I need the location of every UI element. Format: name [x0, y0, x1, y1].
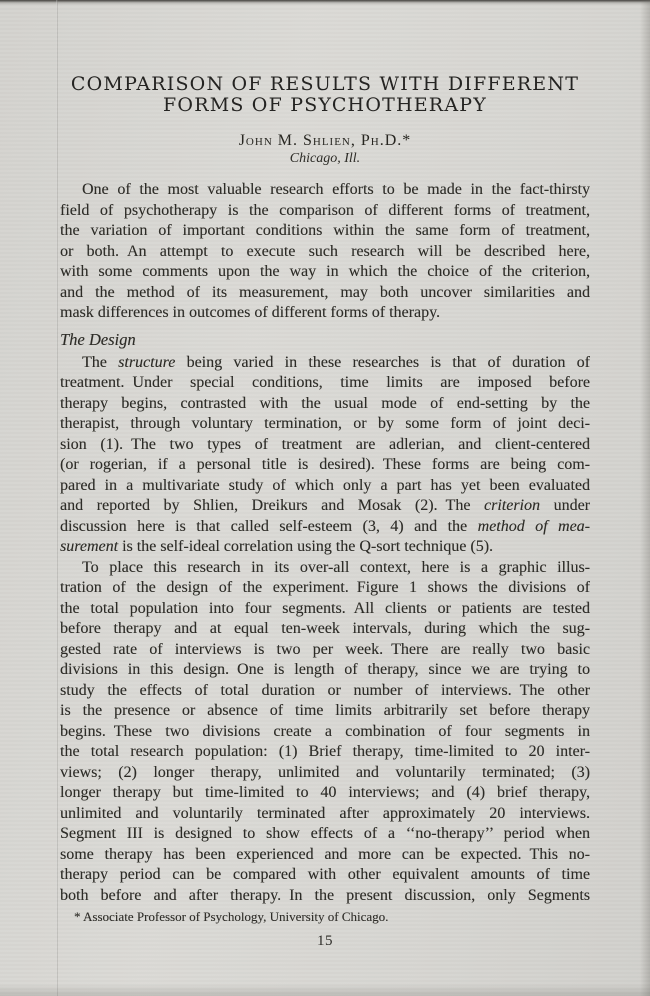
text-segment: field of psychotherapy is the comparison… [60, 202, 590, 219]
text-segment: One of the most valuable research effort… [82, 181, 590, 198]
text-line: divisions in this design. One is length … [60, 660, 590, 681]
text-segment: Segment III is designed to show effects … [60, 825, 590, 842]
text-segment: views; (2) longer therapy, unlimited and… [60, 764, 590, 781]
text-segment: therapy period can be compared with othe… [60, 866, 590, 883]
scanned-page: COMPARISON OF RESULTS WITH DIFFERENT FOR… [0, 0, 650, 996]
text-segment: (or rogerian, if a personal title is des… [60, 456, 590, 473]
text-segment: is the presence or absence of time limit… [60, 702, 590, 719]
text-segment: To place this research in its over-all c… [82, 559, 590, 576]
article-body: One of the most valuable research effort… [60, 180, 590, 906]
text-line: tration of the design of the experiment.… [60, 578, 590, 599]
text-line: the total population into four segments.… [60, 599, 590, 620]
text-line: longer therapy but time-limited to 40 in… [60, 783, 590, 804]
italic-text-segment: surement [60, 538, 118, 555]
text-segment: before therapy and at equal ten-week int… [60, 620, 590, 637]
text-line: or both. An attempt to execute such rese… [60, 242, 590, 263]
text-line: both before and after therapy. In the pr… [60, 886, 590, 907]
text-segment: The [82, 354, 118, 371]
page-crease-line [56, 0, 58, 996]
section-heading: The Design [60, 329, 590, 350]
text-segment: longer therapy but time-limited to 40 in… [60, 784, 590, 801]
text-line: The structure being varied in these rese… [60, 353, 590, 374]
text-line: some therapy has been experienced and mo… [60, 845, 590, 866]
text-line: treatment. Under special conditions, tim… [60, 373, 590, 394]
text-line: pared in a multivariate study of which o… [60, 476, 590, 497]
text-line: One of the most valuable research effort… [60, 180, 590, 201]
article-title-line1: COMPARISON OF RESULTS WITH DIFFERENT [60, 74, 590, 95]
text-line: field of psychotherapy is the comparison… [60, 201, 590, 222]
page-right-edge [640, 0, 650, 996]
text-line: therapist, through voluntary termination… [60, 414, 590, 435]
text-segment: the total population into four segments.… [60, 600, 590, 617]
text-segment: sion (1). The two types of treatment are… [60, 436, 590, 453]
text-segment: study the effects of total duration or n… [60, 682, 590, 699]
text-line: unlimited and voluntarily terminated aft… [60, 804, 590, 825]
text-segment: under [540, 497, 590, 514]
article-title-line2: FORMS OF PSYCHOTHERAPY [60, 95, 590, 116]
text-line: sion (1). The two types of treatment are… [60, 435, 590, 456]
text-segment: some therapy has been experienced and mo… [60, 846, 590, 863]
text-segment: being varied in these researches is that… [175, 354, 590, 371]
text-line: study the effects of total duration or n… [60, 681, 590, 702]
text-segment: both before and after therapy. In the pr… [60, 887, 590, 904]
page-bottom-edge [0, 984, 650, 996]
paragraph: The structure being varied in these rese… [60, 353, 590, 558]
text-segment: or both. An attempt to execute such rese… [60, 243, 590, 260]
text-line: begins. These two divisions create a com… [60, 722, 590, 743]
italic-text-segment: criterion [484, 497, 540, 514]
text-line: with some comments upon the way in which… [60, 262, 590, 283]
text-segment: treatment. Under special conditions, tim… [60, 374, 590, 391]
footnote: * Associate Professor of Psychology, Uni… [60, 909, 590, 925]
text-line: discussion here is that called self-este… [60, 517, 590, 538]
text-segment: mask differences in outcomes of differen… [60, 304, 440, 321]
text-line: the total research population: (1) Brief… [60, 742, 590, 763]
paragraph: One of the most valuable research effort… [60, 180, 590, 324]
italic-text-segment: method of mea- [478, 518, 590, 535]
page-number: 15 [60, 933, 590, 950]
text-line: surement is the self-ideal correlation u… [60, 537, 590, 558]
text-line: (or rogerian, if a personal title is des… [60, 455, 590, 476]
text-segment: the total research population: (1) Brief… [60, 743, 590, 760]
text-line: and reported by Shlien, Dreikurs and Mos… [60, 496, 590, 517]
text-line: views; (2) longer therapy, unlimited and… [60, 763, 590, 784]
text-segment: the variation of important conditions wi… [60, 222, 590, 239]
text-line: gested rate of interviews is two per wee… [60, 640, 590, 661]
text-segment: discussion here is that called self-este… [60, 518, 478, 535]
text-segment: tration of the design of the experiment.… [60, 579, 590, 596]
article-title: COMPARISON OF RESULTS WITH DIFFERENT FOR… [60, 74, 590, 116]
text-segment: gested rate of interviews is two per wee… [60, 641, 590, 658]
italic-text-segment: structure [118, 354, 175, 371]
text-segment: therapy begins, contrasted with the usua… [60, 395, 590, 412]
text-line: To place this research in its over-all c… [60, 558, 590, 579]
text-segment: unlimited and voluntarily terminated aft… [60, 805, 590, 822]
text-line: Segment III is designed to show effects … [60, 824, 590, 845]
text-segment: divisions in this design. One is length … [60, 661, 590, 678]
text-segment: therapist, through voluntary termination… [60, 415, 590, 432]
text-line: therapy begins, contrasted with the usua… [60, 394, 590, 415]
text-line: and the method of its measurement, may b… [60, 283, 590, 304]
author-name: John M. Shlien, Ph.D.* [60, 132, 590, 150]
paragraph: To place this research in its over-all c… [60, 558, 590, 907]
page-content: COMPARISON OF RESULTS WITH DIFFERENT FOR… [60, 0, 590, 950]
text-segment: with some comments upon the way in which… [60, 263, 590, 280]
text-segment: and reported by Shlien, Dreikurs and Mos… [60, 497, 484, 514]
text-line: therapy period can be compared with othe… [60, 865, 590, 886]
text-line: the variation of important conditions wi… [60, 221, 590, 242]
text-segment: is the self-ideal correlation using the … [118, 538, 493, 555]
text-line: is the presence or absence of time limit… [60, 701, 590, 722]
text-segment: and the method of its measurement, may b… [60, 284, 590, 301]
text-segment: begins. These two divisions create a com… [60, 723, 590, 740]
text-segment: pared in a multivariate study of which o… [60, 477, 590, 494]
author-location: Chicago, Ill. [60, 151, 590, 167]
text-line: before therapy and at equal ten-week int… [60, 619, 590, 640]
text-line: mask differences in outcomes of differen… [60, 303, 590, 324]
